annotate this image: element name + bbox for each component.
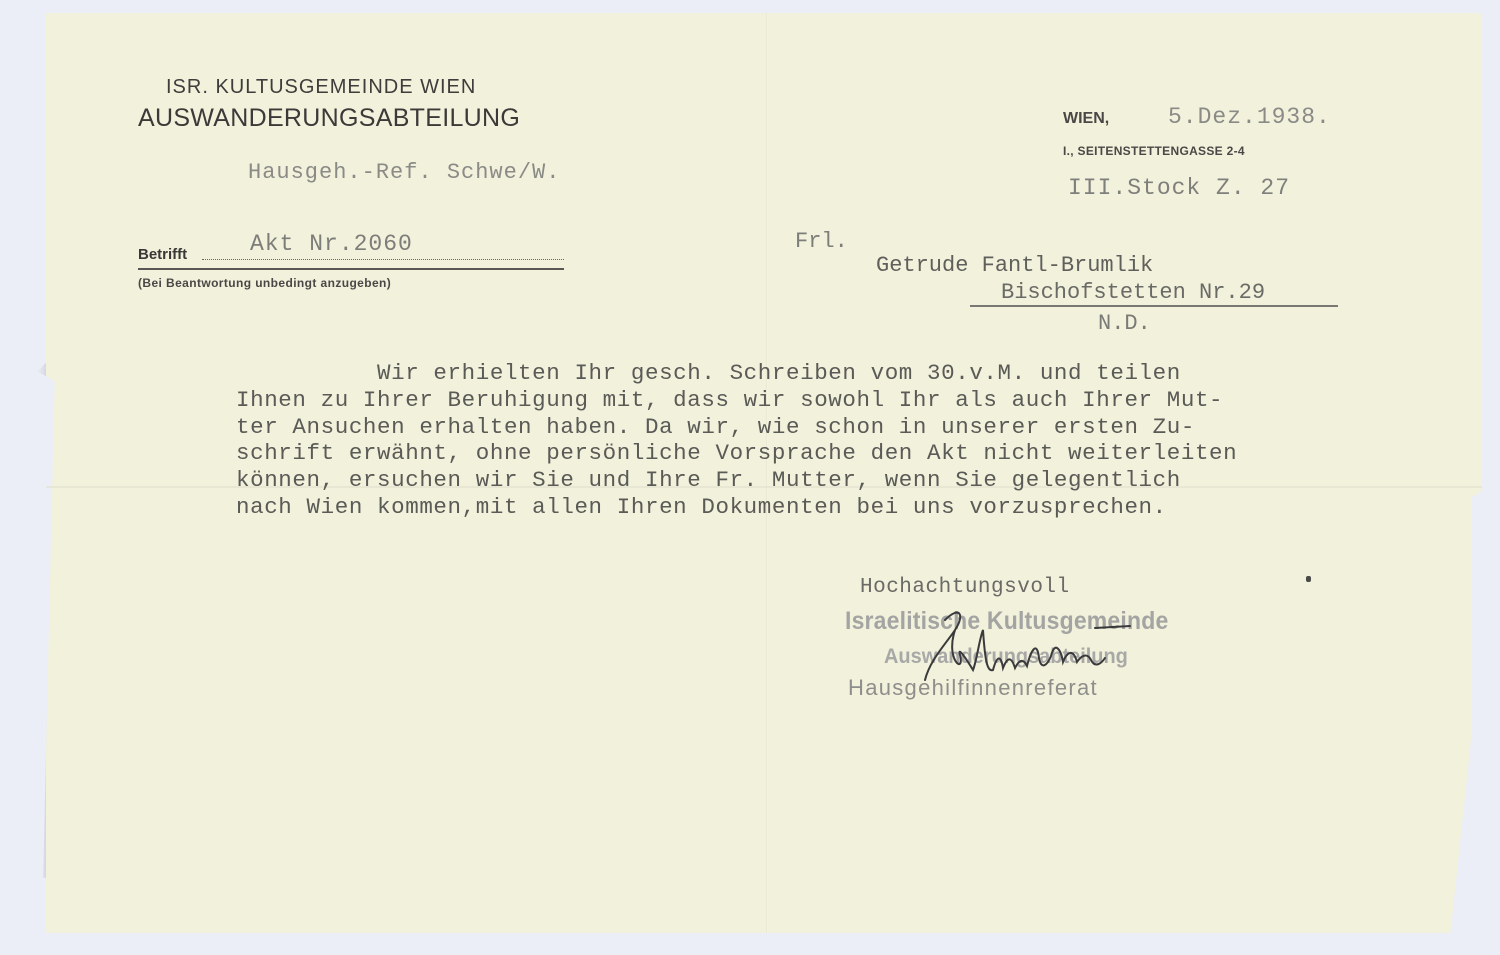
- closing-greeting: Hochachtungsvoll: [860, 576, 1070, 599]
- ink-speck: [1306, 576, 1311, 582]
- letterhead-department: AUSWANDERUNGSABTEILUNG: [138, 104, 520, 133]
- subject-rule: [138, 268, 564, 270]
- recipient-name: Getrude Fantl-Brumlik: [876, 253, 1153, 278]
- handwritten-signature: [905, 600, 1155, 700]
- subject-label: Betrifft: [138, 246, 187, 263]
- body-line: nach Wien kommen,mit allen Ihren Dokumen…: [236, 494, 1237, 521]
- sender-floor-room: III.Stock Z. 27: [1068, 175, 1290, 201]
- recipient-street: Bischofstetten Nr.29: [1001, 280, 1265, 305]
- subject-note: (Bei Beantwortung unbedingt anzugeben): [138, 276, 391, 290]
- recipient-region: N.D.: [1098, 311, 1151, 336]
- recipient-salutation: Frl.: [795, 229, 848, 254]
- body-line: können, ersuchen wir Sie und Ihre Fr. Mu…: [236, 467, 1237, 494]
- recipient-address-rule: [970, 305, 1338, 307]
- city-label: WIEN,: [1063, 110, 1109, 128]
- letter-body: Wir erhielten Ihr gesch. Schreiben vom 3…: [236, 360, 1237, 521]
- sender-address: I., SEITENSTETTENGASSE 2-4: [1063, 144, 1245, 158]
- body-line: ter Ansuchen erhalten haben. Da wir, wie…: [236, 414, 1237, 441]
- subject-dotted-line: [202, 259, 564, 260]
- reference-code: Hausgeh.-Ref. Schwe/W.: [248, 160, 560, 185]
- body-line: Wir erhielten Ihr gesch. Schreiben vom 3…: [236, 360, 1237, 387]
- letter-date: 5.Dez.1938.: [1168, 104, 1331, 130]
- body-line: schrift erwähnt, ohne persönliche Vorspr…: [236, 440, 1237, 467]
- letterhead-organization: ISR. KULTUSGEMEINDE WIEN: [166, 76, 476, 99]
- subject-value: Akt Nr.2060: [250, 231, 413, 257]
- body-line: Ihnen zu Ihrer Beruhigung mit, dass wir …: [236, 387, 1237, 414]
